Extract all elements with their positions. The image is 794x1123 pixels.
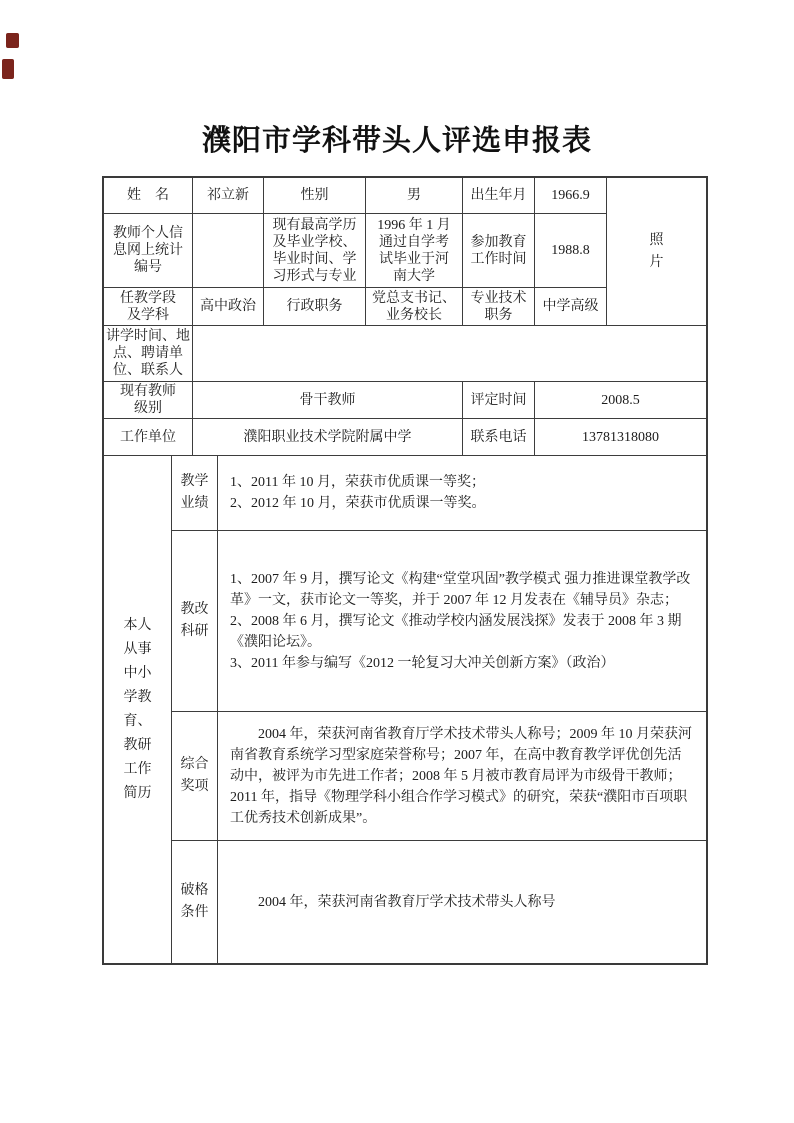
page-title: 濮阳市学科带头人评选申报表 (0, 120, 794, 162)
online-id-value (193, 214, 264, 287)
awards-text: 2004 年，荣获河南省教育厅学术技术带头人称号；2009 年 10 月荣获河南… (230, 724, 694, 829)
assessment-time-value: 2008.5 (535, 382, 706, 418)
red-stamp-mark-1 (6, 33, 19, 48)
tech-title-value: 中学高级 (535, 288, 607, 325)
teaching-achievements-label: 教学 业绩 (172, 456, 218, 530)
row-id-education: 教师个人信 息网上统计 编号 现有最高学历 及毕业学校、 毕业时间、学 习形式与… (104, 214, 607, 288)
section-research: 教改 科研 1、2007 年 9 月，撰写论文《构建“堂堂巩固”教学模式 强力推… (172, 531, 706, 712)
lecture-info-label: 讲学时间、地 点、聘请单 位、联系人 (104, 326, 193, 381)
row-lecture-info: 讲学时间、地 点、聘请单 位、联系人 (104, 326, 706, 382)
assessment-time-label: 评定时间 (463, 382, 535, 418)
row-teacher-level: 现有教师 级别 骨干教师 评定时间 2008.5 (104, 382, 706, 419)
research-label: 教改 科研 (172, 531, 218, 711)
awards-content: 2004 年，荣获河南省教育厅学术技术带头人称号；2009 年 10 月荣获河南… (218, 712, 706, 840)
awards-label: 综合 奖项 (172, 712, 218, 840)
teaching-achievements-content: 1、2011 年 10 月，荣获市优质课一等奖； 2、2012 年 10 月，荣… (218, 456, 706, 530)
section-teaching-achievements: 教学 业绩 1、2011 年 10 月，荣获市优质课一等奖； 2、2012 年 … (172, 456, 706, 531)
gender-value: 男 (366, 178, 463, 213)
photo-placeholder: 照 片 (607, 178, 706, 325)
education-label: 现有最高学历 及毕业学校、 毕业时间、学 习形式与专业 (264, 214, 366, 287)
work-start-value: 1988.8 (535, 214, 607, 287)
education-value: 1996 年 1 月 通过自学考 试毕业于河 南大学 (366, 214, 463, 287)
employer-value: 濮阳职业技术学院附属中学 (193, 419, 463, 455)
teacher-level-label: 现有教师 级别 (104, 382, 193, 418)
red-stamp-mark-2 (2, 59, 14, 79)
row-employer: 工作单位 濮阳职业技术学院附属中学 联系电话 13781318080 (104, 419, 706, 456)
teacher-level-value: 骨干教师 (193, 382, 463, 418)
teaching-achievements-text: 1、2011 年 10 月，荣获市优质课一等奖； 2、2012 年 10 月，荣… (230, 472, 694, 514)
birth-date-label: 出生年月 (463, 178, 535, 213)
phone-label: 联系电话 (463, 419, 535, 455)
personal-info-left: 姓 名 祁立新 性别 男 出生年月 1966.9 教师个人信 息网上统计 编号 … (104, 178, 607, 325)
section-exceptional-qualification: 破格 条件 2004 年，荣获河南省教育厅学术技术带头人称号 (172, 841, 706, 963)
application-form-table: 姓 名 祁立新 性别 男 出生年月 1966.9 教师个人信 息网上统计 编号 … (102, 176, 708, 965)
application-form-page: 濮阳市学科带头人评选申报表 姓 名 祁立新 性别 男 出生年月 1966.9 教… (0, 0, 794, 1123)
employer-label: 工作单位 (104, 419, 193, 455)
section-awards: 综合 奖项 2004 年，荣获河南省教育厅学术技术带头人称号；2009 年 10… (172, 712, 706, 841)
online-id-label: 教师个人信 息网上统计 编号 (104, 214, 193, 287)
resume-block: 本人 从事 中小 学教 育、 教研 工作 简历 教学 业绩 1、2011 年 1… (104, 456, 706, 963)
name-value: 祁立新 (193, 178, 264, 213)
admin-post-value: 党总支书记、 业务校长 (366, 288, 463, 325)
name-label: 姓 名 (104, 178, 193, 213)
gender-label: 性别 (264, 178, 366, 213)
work-start-label: 参加教育 工作时间 (463, 214, 535, 287)
exceptional-qualification-text: 2004 年，荣获河南省教育厅学术技术带头人称号 (230, 892, 694, 913)
admin-post-label: 行政职务 (264, 288, 366, 325)
research-content: 1、2007 年 9 月，撰写论文《构建“堂堂巩固”教学模式 强力推进课堂教学改… (218, 531, 706, 711)
resume-sections: 教学 业绩 1、2011 年 10 月，荣获市优质课一等奖； 2、2012 年 … (172, 456, 706, 963)
tech-title-label: 专业技术 职务 (463, 288, 535, 325)
resume-side-label: 本人 从事 中小 学教 育、 教研 工作 简历 (104, 456, 172, 963)
phone-value: 13781318080 (535, 419, 706, 455)
birth-date-value: 1966.9 (535, 178, 607, 213)
row-teaching-position: 任教学段 及学科 高中政治 行政职务 党总支书记、 业务校长 专业技术 职务 中… (104, 288, 607, 325)
exceptional-qualification-content: 2004 年，荣获河南省教育厅学术技术带头人称号 (218, 841, 706, 963)
personal-info-block: 姓 名 祁立新 性别 男 出生年月 1966.9 教师个人信 息网上统计 编号 … (104, 178, 706, 326)
exceptional-qualification-label: 破格 条件 (172, 841, 218, 963)
research-text: 1、2007 年 9 月，撰写论文《构建“堂堂巩固”教学模式 强力推进课堂教学改… (230, 569, 694, 674)
teaching-stage-label: 任教学段 及学科 (104, 288, 193, 325)
row-name: 姓 名 祁立新 性别 男 出生年月 1966.9 (104, 178, 607, 214)
lecture-info-value (193, 326, 706, 381)
teaching-stage-value: 高中政治 (193, 288, 264, 325)
